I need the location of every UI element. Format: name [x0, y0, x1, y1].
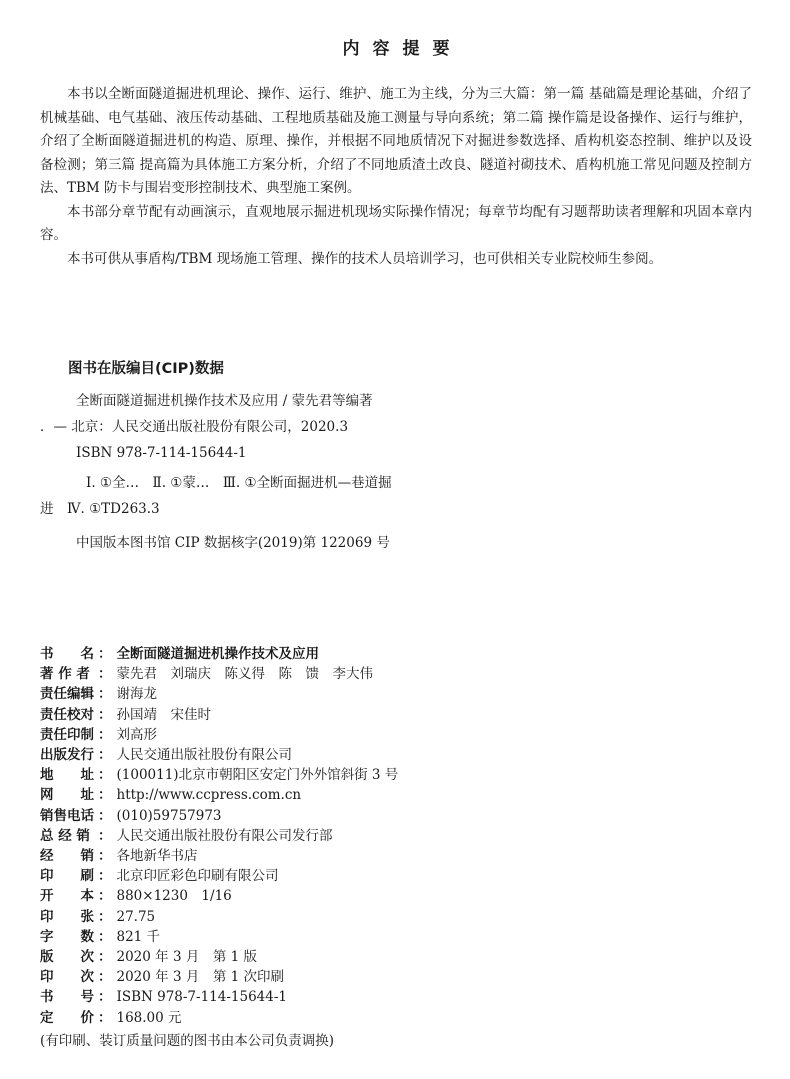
colophon-row: 定 价：168.00 元 — [40, 1008, 752, 1028]
colophon-row: 书 名：全断面隧道掘进机操作技术及应用 — [40, 644, 752, 664]
colophon-separator: ： — [98, 888, 112, 904]
colophon-label: 网 址 — [40, 785, 98, 805]
cip-record-number-line: 中国版本图书馆 CIP 数据核字(2019)第 122069 号 — [76, 530, 752, 556]
colophon-row: 地 址：(100011)北京市朝阳区安定门外外馆斜街 3 号 — [40, 765, 752, 785]
colophon-label: 印 刷 — [40, 866, 98, 886]
colophon-separator: ： — [98, 828, 112, 844]
colophon-separator: ： — [98, 686, 112, 702]
colophon-row: 印 刷：北京印匠彩色印刷有限公司 — [40, 866, 752, 886]
cip-publisher-line: ．— 北京：人民交通出版社股份有限公司，2020.3 — [40, 414, 752, 440]
colophon-label: 书 号 — [40, 987, 98, 1007]
colophon-value: 北京印匠彩色印刷有限公司 — [112, 868, 279, 884]
colophon-value: 刘高形 — [112, 727, 158, 743]
quality-exchange-note: (有印刷、装订质量问题的图书由本公司负责调换) — [40, 1031, 752, 1051]
colophon-label: 责任印制 — [40, 725, 98, 745]
colophon-separator: ： — [98, 929, 112, 945]
colophon-separator: ： — [98, 808, 112, 824]
summary-paragraph: 本书部分章节配有动画演示，直观地展示掘进机现场实际操作情况；每章节均配有习题帮助… — [40, 201, 752, 248]
colophon-label: 出版发行 — [40, 745, 98, 765]
colophon-row: 书 号：ISBN 978-7-114-15644-1 — [40, 987, 752, 1007]
colophon-value: 蒙先君 刘瑞庆 陈义得 陈 馈 李大伟 — [112, 666, 374, 682]
colophon-separator: ： — [98, 727, 112, 743]
colophon-row: 开 本：880×1230 1/16 — [40, 886, 752, 906]
colophon-label: 定 价 — [40, 1008, 98, 1028]
colophon-value: 人民交通出版社股份有限公司发行部 — [112, 828, 333, 844]
summary-paragraph: 本书以全断面隧道掘进机理论、操作、运行、维护、施工为主线，分为三大篇：第一篇 基… — [40, 83, 752, 201]
cip-heading: 图书在版编目(CIP)数据 — [68, 357, 752, 378]
colophon-separator: ： — [98, 666, 112, 682]
colophon-label: 销售电话 — [40, 806, 98, 826]
colophon-row: 销售电话：(010)59757973 — [40, 806, 752, 826]
colophon-value: (010)59757973 — [112, 808, 222, 824]
colophon-row: 责任校对：孙国靖 宋佳时 — [40, 705, 752, 725]
colophon-separator: ： — [98, 767, 112, 783]
colophon-value: 821 千 — [112, 929, 161, 945]
colophon-row: 总 经 销：人民交通出版社股份有限公司发行部 — [40, 826, 752, 846]
colophon-value: 人民交通出版社股份有限公司 — [112, 747, 293, 763]
colophon-separator: ： — [98, 909, 112, 925]
summary-paragraphs: 本书以全断面隧道掘进机理论、操作、运行、维护、施工为主线，分为三大篇：第一篇 基… — [40, 83, 752, 271]
colophon-row: 责任编辑：谢海龙 — [40, 684, 752, 704]
colophon-value: 168.00 元 — [112, 1010, 182, 1026]
colophon-value: 27.75 — [112, 909, 156, 925]
summary-title: 内容提要 — [40, 34, 752, 59]
colophon-label: 责任编辑 — [40, 684, 98, 704]
colophon-value: 各地新华书店 — [112, 848, 198, 864]
colophon-row: 网 址：http://www.ccpress.com.cn — [40, 785, 752, 805]
colophon-separator: ： — [98, 949, 112, 965]
cip-isbn-line: ISBN 978-7-114-15644-1 — [76, 440, 752, 466]
cip-section: 图书在版编目(CIP)数据 全断面隧道掘进机操作技术及应用 / 蒙先君等编著 ．… — [40, 357, 752, 556]
colophon-label: 著 作 者 — [40, 664, 98, 684]
colophon-label: 经 销 — [40, 846, 98, 866]
colophon-value: 2020 年 3 月 第 1 次印刷 — [112, 969, 285, 985]
colophon-separator: ： — [98, 707, 112, 723]
colophon-label: 开 本 — [40, 886, 98, 906]
colophon-label: 地 址 — [40, 765, 98, 785]
colophon-row: 印 次：2020 年 3 月 第 1 次印刷 — [40, 967, 752, 987]
colophon-label: 责任校对 — [40, 705, 98, 725]
colophon-label: 字 数 — [40, 927, 98, 947]
colophon-row: 印 张：27.75 — [40, 907, 752, 927]
colophon-value: 全断面隧道掘进机操作技术及应用 — [112, 646, 320, 662]
cip-classification-line-2: 进 Ⅳ. ①TD263.3 — [40, 496, 752, 522]
colophon-row: 著 作 者：蒙先君 刘瑞庆 陈义得 陈 馈 李大伟 — [40, 664, 752, 684]
colophon-separator: ： — [98, 868, 112, 884]
content-summary-section: 内容提要 本书以全断面隧道掘进机理论、操作、运行、维护、施工为主线，分为三大篇：… — [40, 34, 752, 271]
colophon-separator: ： — [98, 747, 112, 763]
colophon-label: 总 经 销 — [40, 826, 98, 846]
copyright-page: 内容提要 本书以全断面隧道掘进机理论、操作、运行、维护、施工为主线，分为三大篇：… — [0, 0, 790, 1079]
colophon-separator: ： — [98, 969, 112, 985]
colophon-row: 版 次：2020 年 3 月 第 1 版 — [40, 947, 752, 967]
colophon-value: 孙国靖 宋佳时 — [112, 707, 212, 723]
colophon-separator: ： — [98, 989, 112, 1005]
cip-title-line: 全断面隧道掘进机操作技术及应用 / 蒙先君等编著 — [76, 388, 752, 414]
colophon-label: 版 次 — [40, 947, 98, 967]
colophon-value: 谢海龙 — [112, 686, 158, 702]
colophon-separator: ： — [98, 1010, 112, 1026]
colophon-separator: ： — [98, 646, 112, 662]
colophon-row: 出版发行：人民交通出版社股份有限公司 — [40, 745, 752, 765]
colophon-row: 字 数：821 千 — [40, 927, 752, 947]
colophon-label: 印 张 — [40, 907, 98, 927]
colophon-label: 书 名 — [40, 644, 98, 664]
cip-classification-line-1: Ⅰ. ①全… Ⅱ. ①蒙… Ⅲ. ①全断面掘进机—巷道掘 — [86, 470, 752, 496]
colophon-value: http://www.ccpress.com.cn — [112, 787, 302, 803]
colophon-value: ISBN 978-7-114-15644-1 — [112, 989, 288, 1005]
colophon-value: 2020 年 3 月 第 1 版 — [112, 949, 258, 965]
colophon-separator: ： — [98, 787, 112, 803]
colophon-value: 880×1230 1/16 — [112, 888, 232, 904]
colophon-label: 印 次 — [40, 967, 98, 987]
colophon-separator: ： — [98, 848, 112, 864]
summary-paragraph: 本书可供从事盾构/TBM 现场施工管理、操作的技术人员培训学习，也可供相关专业院… — [40, 248, 752, 272]
colophon-value: (100011)北京市朝阳区安定门外外馆斜街 3 号 — [112, 767, 399, 783]
colophon-section: 书 名：全断面隧道掘进机操作技术及应用 著 作 者：蒙先君 刘瑞庆 陈义得 陈 … — [40, 644, 752, 1028]
colophon-row: 责任印制：刘高形 — [40, 725, 752, 745]
colophon-row: 经 销：各地新华书店 — [40, 846, 752, 866]
